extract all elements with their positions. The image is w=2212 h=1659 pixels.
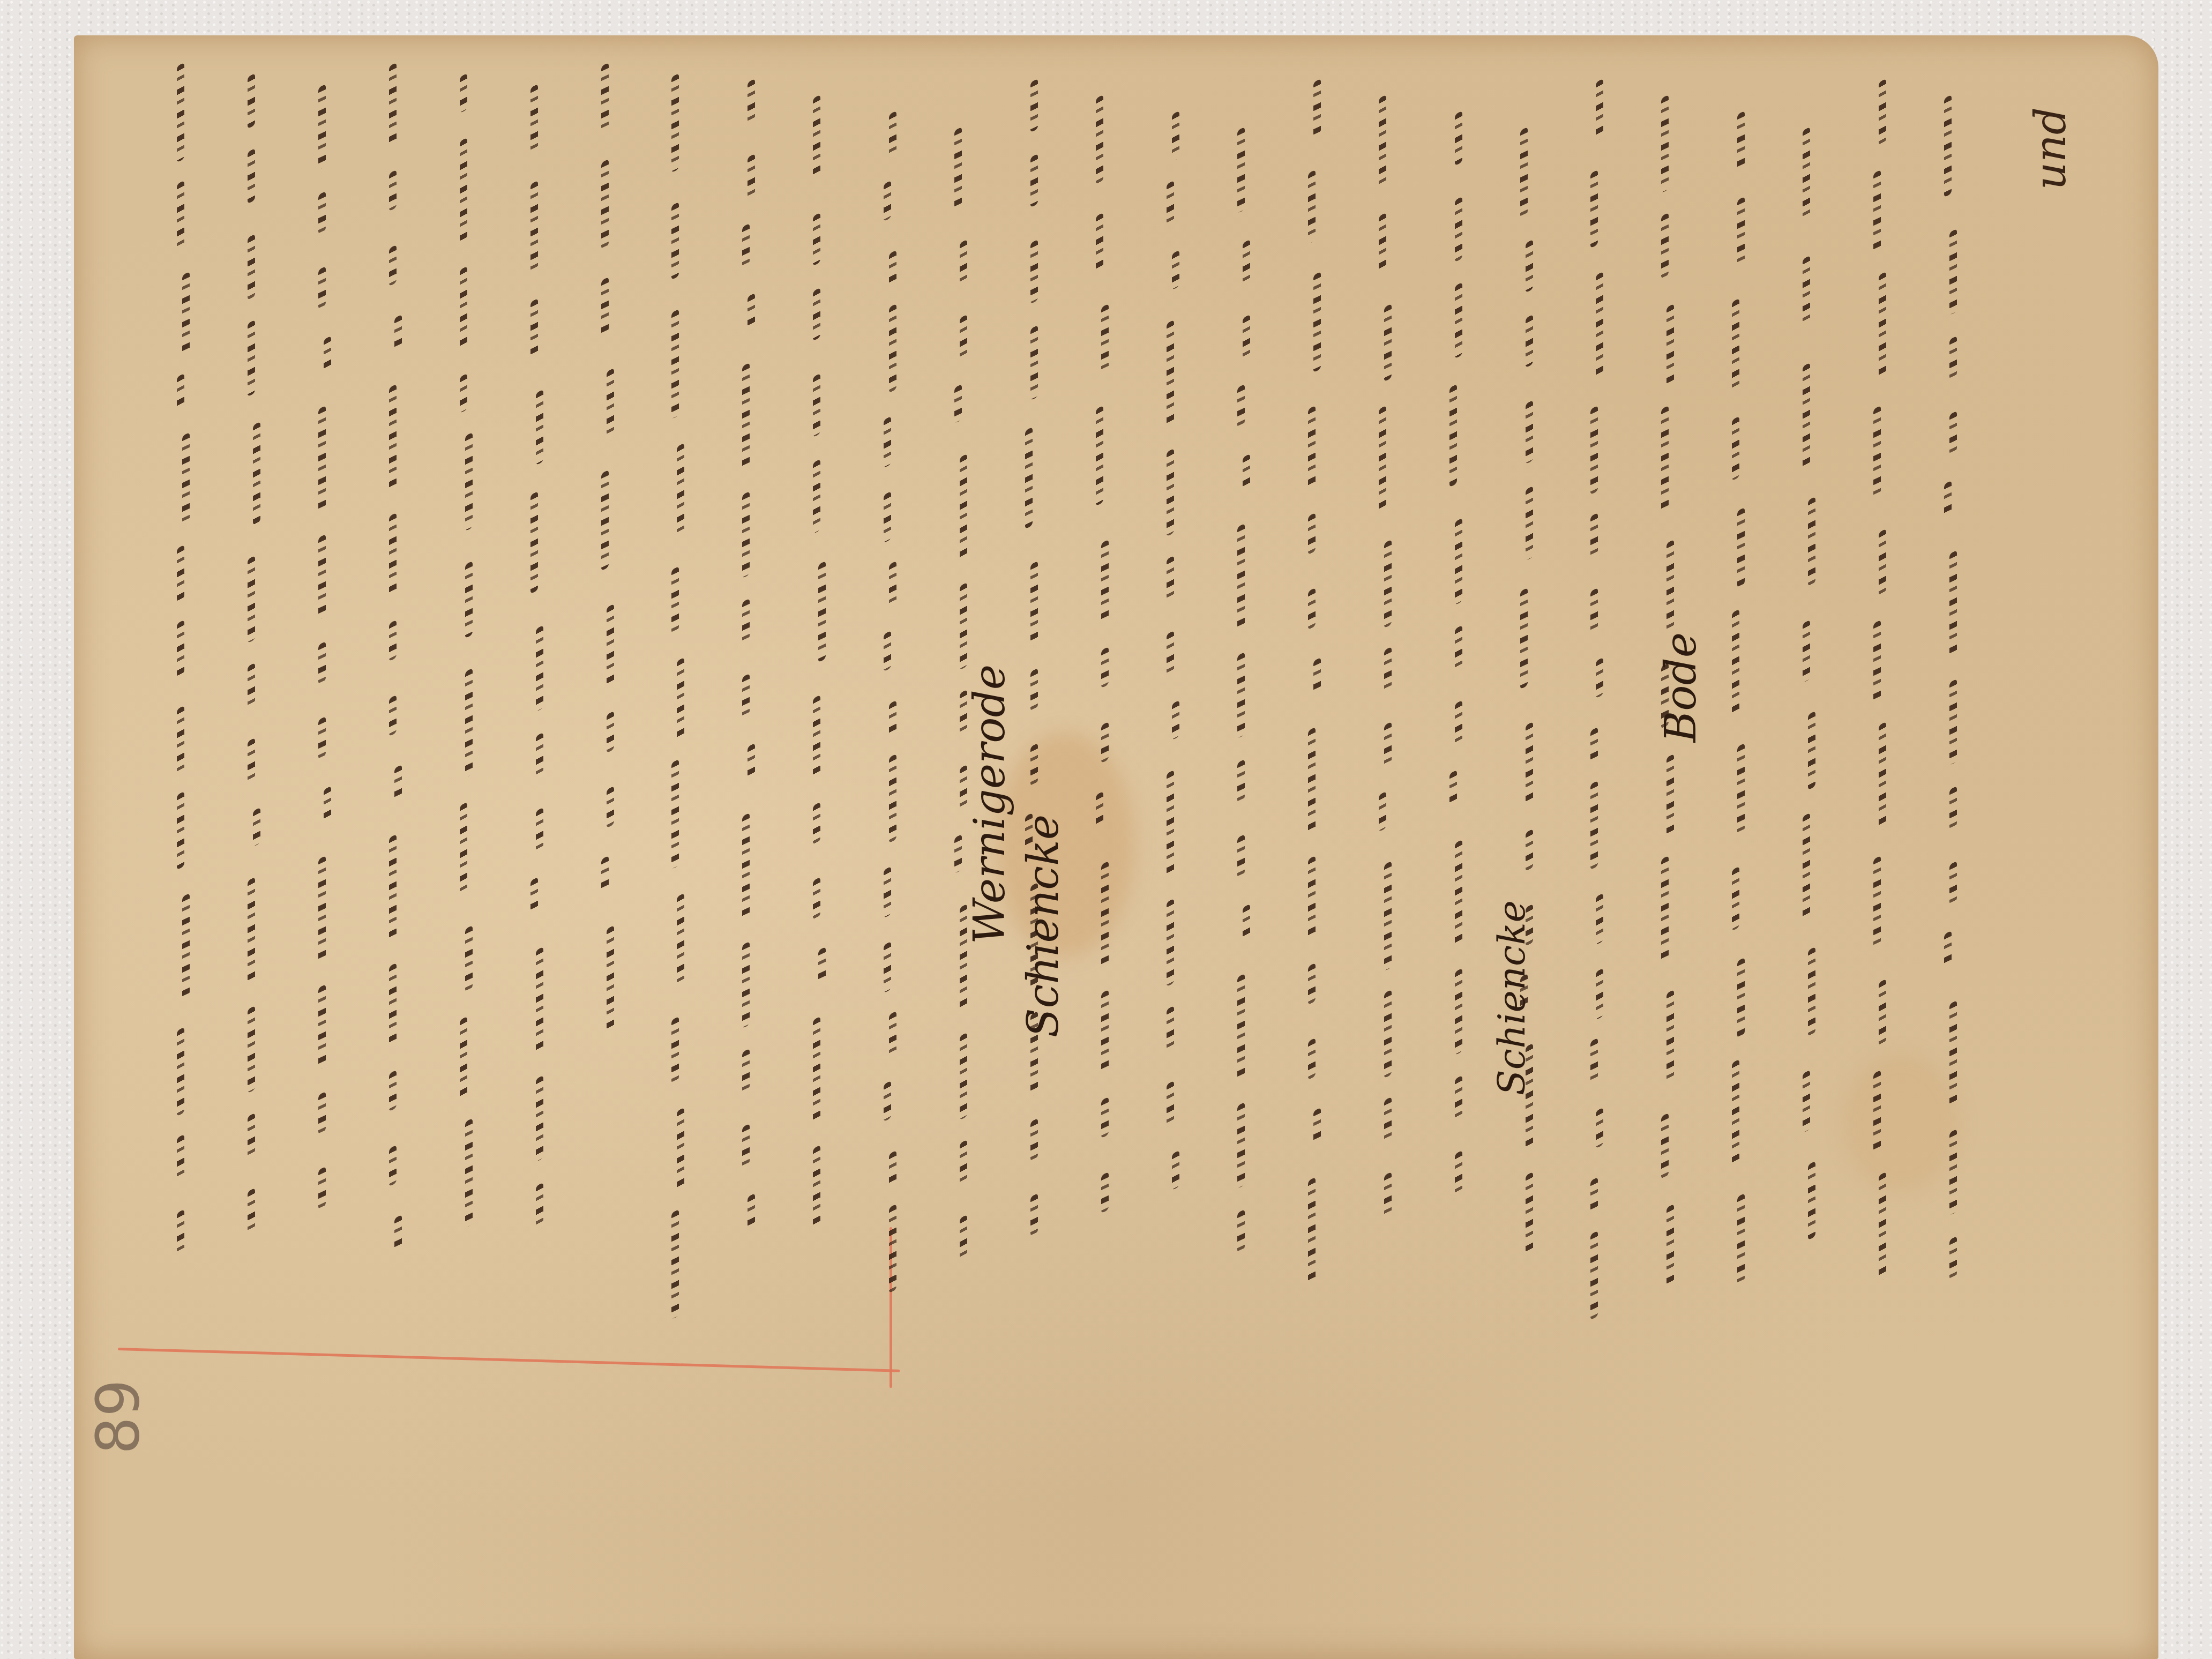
handwriting-stroke bbox=[1384, 646, 1392, 692]
handwriting-stroke bbox=[1879, 78, 1886, 145]
handwriting-stroke bbox=[1455, 110, 1462, 166]
handwriting-stroke bbox=[177, 544, 184, 602]
handwriting-stroke bbox=[1455, 1075, 1462, 1119]
handwriting-stroke bbox=[536, 1075, 543, 1162]
handwriting-stroke bbox=[889, 1204, 896, 1293]
handwriting-stroke bbox=[248, 662, 255, 707]
handwriting-stroke bbox=[318, 84, 326, 170]
handwriting-stroke bbox=[1590, 1230, 1598, 1320]
handwriting-stroke bbox=[1101, 861, 1109, 967]
handwriting-stroke bbox=[1237, 126, 1245, 213]
handwriting-stroke bbox=[536, 807, 543, 851]
handwriting-stroke bbox=[1590, 512, 1598, 559]
handwriting-stroke bbox=[1590, 405, 1598, 495]
handwriting-stroke bbox=[1949, 410, 1957, 454]
handwriting-stroke bbox=[1167, 769, 1174, 879]
handwriting-stroke bbox=[1732, 298, 1739, 395]
handwriting-stroke bbox=[1526, 400, 1533, 464]
handwriting-stroke bbox=[1873, 405, 1881, 499]
handwriting-stroke bbox=[394, 1214, 402, 1251]
handwriting-stroke bbox=[1526, 314, 1533, 368]
handwriting-stroke bbox=[1667, 303, 1674, 386]
handwriting-stroke bbox=[884, 1080, 891, 1122]
handwriting-stroke bbox=[742, 598, 750, 642]
handwriting-stroke bbox=[1737, 110, 1745, 170]
handwriting-stroke bbox=[818, 561, 826, 662]
handwriting-stroke bbox=[1803, 812, 1810, 918]
handwriting-stroke bbox=[389, 1145, 397, 1186]
handwriting-stroke bbox=[1030, 325, 1038, 400]
handwriting-stroke bbox=[318, 191, 326, 234]
handwriting-stroke bbox=[1030, 239, 1038, 304]
handwriting-stroke bbox=[1379, 212, 1386, 274]
handwriting-stroke bbox=[389, 962, 397, 1047]
handwriting-stroke bbox=[1873, 169, 1881, 252]
handwriting-stroke bbox=[1596, 968, 1603, 1020]
handwriting-stroke bbox=[1025, 427, 1033, 529]
handwriting-stroke bbox=[248, 319, 255, 397]
handwriting-stroke bbox=[1590, 587, 1598, 634]
handwriting-stroke bbox=[1879, 978, 1886, 1045]
handwriting-stroke bbox=[813, 287, 820, 341]
handwriting-stroke bbox=[177, 1209, 184, 1256]
handwriting-stroke bbox=[1101, 989, 1109, 1074]
handwriting-stroke bbox=[1526, 828, 1533, 871]
handwriting-stroke bbox=[1379, 791, 1386, 832]
handwriting-stroke bbox=[1803, 362, 1810, 468]
handwriting-stroke bbox=[1379, 405, 1386, 510]
handwriting-stroke bbox=[1030, 743, 1038, 786]
handwriting-stroke bbox=[1172, 110, 1179, 161]
handwriting-stroke bbox=[460, 73, 467, 113]
handwriting-stroke bbox=[960, 239, 967, 284]
handwriting-stroke bbox=[1949, 678, 1957, 765]
handwriting-stroke bbox=[530, 491, 538, 594]
handwriting-stroke bbox=[1737, 1193, 1745, 1284]
handwriting-stroke bbox=[177, 62, 184, 162]
handwriting-stroke bbox=[742, 1048, 750, 1093]
water-stain bbox=[1842, 1053, 1960, 1193]
handwriting-stroke bbox=[248, 737, 255, 782]
handwriting-stroke bbox=[1308, 962, 1316, 1005]
handwriting-stroke bbox=[1449, 384, 1457, 487]
handwriting-stroke bbox=[248, 555, 255, 643]
handwriting-stroke bbox=[671, 759, 679, 869]
handwriting-stroke bbox=[1237, 652, 1245, 738]
handwriting-stroke bbox=[1949, 335, 1957, 379]
handwriting-stroke bbox=[1308, 855, 1316, 940]
handwriting-stroke bbox=[177, 1134, 184, 1180]
handwriting-stroke bbox=[1803, 1070, 1810, 1133]
handwriting-stroke bbox=[742, 223, 750, 267]
handwriting-stroke bbox=[389, 512, 397, 597]
handwriting-stroke bbox=[253, 421, 260, 525]
handwriting-stroke bbox=[177, 705, 184, 773]
handwriting-stroke bbox=[607, 925, 614, 1032]
handwriting-stroke bbox=[1879, 271, 1886, 381]
handwriting-stroke bbox=[1944, 930, 1952, 969]
manuscript-page bbox=[74, 35, 2158, 1659]
handwriting-stroke bbox=[1384, 539, 1392, 628]
handwriting-stroke bbox=[1313, 78, 1321, 137]
handwriting-stroke bbox=[677, 893, 684, 987]
handwriting-stroke bbox=[1661, 94, 1669, 193]
handwriting-stroke bbox=[1803, 255, 1810, 329]
catchword: und bbox=[2026, 107, 2075, 190]
handwriting-stroke bbox=[536, 946, 543, 1055]
handwriting-stroke bbox=[1455, 700, 1462, 744]
handwriting-stroke bbox=[1455, 1150, 1462, 1194]
handwriting-stroke bbox=[1384, 1096, 1392, 1142]
handwriting-stroke bbox=[1237, 759, 1245, 803]
handwriting-stroke bbox=[1879, 721, 1886, 831]
handwriting-stroke bbox=[530, 298, 538, 358]
handwriting-stroke bbox=[1030, 561, 1038, 647]
handwriting-stroke bbox=[1167, 180, 1174, 226]
handwriting-stroke bbox=[1732, 416, 1739, 481]
handwriting-stroke bbox=[1167, 630, 1174, 676]
handwriting-stroke bbox=[318, 1166, 326, 1209]
handwriting-stroke bbox=[177, 619, 184, 677]
handwriting-stroke bbox=[677, 657, 684, 741]
handwriting-stroke bbox=[248, 148, 255, 204]
handwriting-stroke bbox=[677, 1107, 684, 1191]
handwriting-stroke bbox=[1101, 539, 1109, 624]
handwriting-stroke bbox=[1308, 727, 1316, 833]
handwriting-stroke bbox=[748, 293, 755, 332]
handwriting-stroke bbox=[884, 491, 891, 543]
handwriting-stroke bbox=[1590, 169, 1598, 248]
handwriting-stroke bbox=[1096, 212, 1103, 270]
handwriting-stroke bbox=[1237, 1209, 1245, 1253]
handwriting-stroke bbox=[1803, 126, 1810, 222]
handwriting-stroke bbox=[960, 1139, 967, 1184]
handwriting-stroke bbox=[1732, 609, 1739, 716]
handwriting-stroke bbox=[813, 802, 820, 845]
handwriting-stroke bbox=[1949, 1000, 1957, 1108]
handwriting-stroke bbox=[1803, 619, 1810, 683]
handwriting-stroke bbox=[960, 582, 967, 670]
handwriting-stroke bbox=[1873, 1070, 1881, 1153]
handwriting-stroke bbox=[177, 1027, 184, 1116]
handwriting-stroke bbox=[389, 384, 397, 490]
handwriting-stroke bbox=[889, 303, 896, 393]
handwriting-stroke bbox=[1237, 1102, 1245, 1189]
handwriting-stroke bbox=[248, 1005, 255, 1093]
handwriting-stroke bbox=[1737, 743, 1745, 834]
handwriting-stroke bbox=[1808, 946, 1815, 1036]
handwriting-stroke bbox=[1667, 1204, 1674, 1286]
handwriting-stroke bbox=[1667, 539, 1674, 632]
handwriting-stroke bbox=[748, 78, 755, 128]
handwriting-stroke bbox=[248, 877, 255, 986]
handwriting-stroke bbox=[889, 1011, 896, 1057]
handwriting-stroke bbox=[465, 432, 473, 531]
handwriting-stroke bbox=[1384, 989, 1392, 1078]
handwriting-stroke bbox=[318, 716, 326, 759]
handwriting-stroke bbox=[1455, 625, 1462, 669]
handwriting-stroke bbox=[884, 416, 891, 468]
handwriting-stroke bbox=[1526, 239, 1533, 293]
handwriting-stroke bbox=[318, 534, 326, 620]
handwriting-stroke bbox=[536, 1182, 543, 1226]
handwriting-stroke bbox=[465, 1118, 473, 1228]
handwriting-stroke bbox=[607, 603, 614, 689]
handwriting-stroke bbox=[1167, 898, 1174, 987]
handwriting-stroke bbox=[889, 700, 896, 736]
handwriting-stroke bbox=[1384, 303, 1392, 382]
latin-word-bode: Bode bbox=[1656, 632, 1706, 743]
handwriting-stroke bbox=[1661, 855, 1669, 965]
handwriting-stroke bbox=[960, 314, 967, 359]
handwriting-stroke bbox=[536, 732, 543, 776]
handwriting-stroke bbox=[248, 73, 255, 129]
handwriting-stroke bbox=[1949, 1129, 1957, 1215]
handwriting-stroke bbox=[1949, 1236, 1957, 1280]
handwriting-stroke bbox=[813, 1016, 820, 1123]
handwriting-stroke bbox=[1308, 512, 1316, 555]
handwriting-stroke bbox=[601, 62, 609, 131]
handwriting-stroke bbox=[1308, 587, 1316, 630]
handwriting-stroke bbox=[671, 1016, 679, 1083]
handwriting-stroke bbox=[248, 234, 255, 300]
handwriting-stroke bbox=[1172, 1150, 1179, 1190]
handwriting-stroke bbox=[530, 877, 538, 915]
handwriting-stroke bbox=[1873, 619, 1881, 703]
handwriting-stroke bbox=[607, 368, 614, 442]
handwriting-stroke bbox=[1030, 1118, 1038, 1161]
handwriting-stroke bbox=[389, 834, 397, 940]
handwriting-stroke bbox=[1455, 282, 1462, 358]
handwriting-stroke bbox=[1237, 973, 1245, 1081]
handwriting-stroke bbox=[1449, 769, 1457, 809]
handwriting-stroke bbox=[1243, 314, 1250, 363]
handwriting-stroke bbox=[671, 201, 679, 280]
handwriting-stroke bbox=[394, 314, 402, 350]
handwriting-stroke bbox=[889, 110, 896, 157]
handwriting-stroke bbox=[1384, 861, 1392, 971]
handwriting-stroke bbox=[1167, 448, 1174, 536]
handwriting-stroke bbox=[1096, 791, 1103, 827]
handwriting-stroke bbox=[818, 946, 826, 984]
handwriting-stroke bbox=[1949, 861, 1957, 905]
page-number: 89 bbox=[84, 1379, 152, 1454]
handwriting-stroke bbox=[813, 373, 820, 437]
handwriting-stroke bbox=[1167, 1005, 1174, 1051]
handwriting-stroke bbox=[889, 561, 896, 607]
handwriting-stroke bbox=[954, 834, 962, 873]
handwriting-stroke bbox=[530, 180, 538, 272]
handwriting-stroke bbox=[389, 169, 397, 211]
handwriting-stroke bbox=[1308, 405, 1316, 490]
handwriting-stroke bbox=[1737, 196, 1745, 266]
handwriting-stroke bbox=[884, 630, 891, 671]
handwriting-stroke bbox=[389, 62, 397, 147]
handwriting-stroke bbox=[1030, 78, 1038, 132]
handwriting-stroke bbox=[601, 159, 609, 249]
handwriting-stroke bbox=[601, 469, 609, 571]
handwriting-stroke bbox=[1237, 834, 1245, 878]
handwriting-stroke bbox=[536, 625, 543, 712]
handwriting-stroke bbox=[742, 941, 750, 1028]
handwriting-stroke bbox=[1101, 721, 1109, 763]
handwriting-stroke bbox=[1030, 668, 1038, 711]
handwriting-stroke bbox=[389, 244, 397, 286]
handwriting-stroke bbox=[1596, 657, 1603, 698]
handwriting-stroke bbox=[1313, 657, 1321, 694]
handwriting-stroke bbox=[889, 753, 896, 843]
handwriting-stroke bbox=[1030, 1193, 1038, 1236]
handwriting-stroke bbox=[1101, 303, 1109, 377]
handwriting-stroke bbox=[813, 459, 820, 534]
handwriting-stroke bbox=[742, 362, 750, 471]
handwriting-stroke bbox=[1096, 405, 1103, 506]
handwriting-stroke bbox=[1172, 250, 1179, 290]
handwriting-stroke bbox=[253, 807, 260, 847]
handwriting-stroke bbox=[889, 1150, 896, 1186]
handwriting-stroke bbox=[460, 137, 467, 242]
handwriting-stroke bbox=[1737, 957, 1745, 1038]
handwriting-stroke bbox=[1590, 1037, 1598, 1084]
handwriting-stroke bbox=[960, 453, 967, 563]
handwriting-stroke bbox=[677, 443, 684, 537]
handwriting-stroke bbox=[460, 266, 467, 349]
handwriting-stroke bbox=[748, 1193, 755, 1232]
handwriting-stroke bbox=[1101, 646, 1109, 688]
handwriting-stroke bbox=[1667, 989, 1674, 1082]
handwriting-stroke bbox=[1661, 405, 1669, 514]
handwriting-stroke bbox=[1308, 1177, 1316, 1283]
handwriting-stroke bbox=[460, 373, 467, 413]
handwriting-stroke bbox=[1172, 700, 1179, 740]
handwriting-stroke bbox=[1379, 94, 1386, 189]
handwriting-stroke bbox=[1101, 1171, 1109, 1213]
handwriting-stroke bbox=[1308, 169, 1316, 244]
handwriting-stroke bbox=[1237, 523, 1245, 631]
handwriting-stroke bbox=[607, 786, 614, 828]
handwriting-stroke bbox=[465, 668, 473, 778]
handwriting-stroke bbox=[607, 711, 614, 753]
handwriting-stroke bbox=[884, 180, 891, 221]
handwriting-stroke bbox=[742, 812, 750, 921]
handwriting-stroke bbox=[177, 791, 184, 870]
handwriting-stroke bbox=[318, 641, 326, 684]
handwriting-stroke bbox=[318, 405, 326, 513]
handwriting-stroke bbox=[248, 1112, 255, 1157]
handwriting-stroke bbox=[813, 212, 820, 266]
handwriting-stroke bbox=[671, 566, 679, 633]
handwriting-stroke bbox=[1167, 1080, 1174, 1126]
handwriting-stroke bbox=[1030, 153, 1038, 207]
handwriting-stroke bbox=[1455, 518, 1462, 605]
handwriting-stroke bbox=[1096, 94, 1103, 184]
handwriting-stroke bbox=[1808, 711, 1815, 790]
handwriting-stroke bbox=[460, 802, 467, 895]
handwriting-stroke bbox=[1243, 903, 1250, 942]
handwriting-stroke bbox=[748, 153, 755, 203]
handwriting-stroke bbox=[671, 309, 679, 419]
handwriting-stroke bbox=[1667, 753, 1674, 836]
handwriting-stroke bbox=[465, 561, 473, 638]
handwriting-stroke bbox=[1167, 319, 1174, 429]
handwriting-stroke bbox=[1661, 1112, 1669, 1179]
handwriting-stroke bbox=[318, 266, 326, 309]
handwriting-stroke bbox=[1167, 555, 1174, 601]
handwriting-stroke bbox=[1944, 94, 1952, 197]
latin-word-wernigerode: Wernigerode bbox=[965, 664, 1014, 944]
handwriting-stroke bbox=[889, 250, 896, 286]
handwriting-stroke bbox=[954, 126, 962, 209]
handwriting-stroke bbox=[1313, 1107, 1321, 1144]
handwriting-stroke bbox=[671, 1209, 679, 1319]
handwriting-stroke bbox=[748, 743, 755, 782]
handwriting-stroke bbox=[671, 73, 679, 173]
handwriting-stroke bbox=[1590, 1177, 1598, 1213]
handwriting-stroke bbox=[1879, 1171, 1886, 1281]
handwriting-stroke bbox=[813, 877, 820, 920]
handwriting-stroke bbox=[1243, 453, 1250, 492]
handwriting-stroke bbox=[318, 984, 326, 1070]
handwriting-stroke bbox=[1873, 855, 1881, 949]
handwriting-stroke bbox=[324, 335, 331, 373]
handwriting-stroke bbox=[601, 855, 609, 892]
handwriting-stroke bbox=[601, 276, 609, 335]
handwriting-stroke bbox=[177, 180, 184, 248]
handwriting-stroke bbox=[1737, 507, 1745, 588]
handwriting-stroke bbox=[884, 866, 891, 918]
handwriting-stroke bbox=[813, 1145, 820, 1230]
handwriting-stroke bbox=[1949, 786, 1957, 829]
handwriting-stroke bbox=[389, 1070, 397, 1111]
handwriting-stroke bbox=[742, 673, 750, 718]
handwriting-stroke bbox=[389, 694, 397, 736]
handwriting-stroke bbox=[1949, 550, 1957, 658]
handwriting-stroke bbox=[813, 94, 820, 180]
handwriting-stroke bbox=[1384, 721, 1392, 767]
handwriting-stroke bbox=[1101, 1096, 1109, 1138]
handwriting-stroke bbox=[1596, 893, 1603, 945]
handwriting-stroke bbox=[248, 1187, 255, 1232]
handwriting-stroke bbox=[1313, 271, 1321, 372]
handwriting-stroke bbox=[318, 1091, 326, 1134]
handwriting-stroke bbox=[1526, 1171, 1533, 1257]
handwriting-stroke bbox=[1596, 78, 1603, 141]
handwriting-stroke bbox=[960, 1214, 967, 1259]
handwriting-stroke bbox=[1661, 212, 1669, 279]
handwriting-stroke bbox=[742, 1123, 750, 1168]
handwriting-stroke bbox=[1520, 587, 1528, 689]
handwriting-stroke bbox=[1732, 1059, 1739, 1167]
latin-word-schiencke: Schiencke bbox=[1018, 814, 1068, 1037]
handwriting-stroke bbox=[1944, 480, 1952, 519]
handwriting-stroke bbox=[1949, 228, 1957, 315]
handwriting-stroke bbox=[884, 941, 891, 993]
handwriting-stroke bbox=[1879, 528, 1886, 595]
handwriting-stroke bbox=[465, 925, 473, 992]
handwriting-stroke bbox=[1808, 496, 1815, 586]
handwriting-stroke bbox=[182, 271, 190, 355]
handwriting-stroke bbox=[394, 764, 402, 801]
handwriting-stroke bbox=[1732, 866, 1739, 931]
handwriting-stroke bbox=[954, 384, 962, 423]
handwriting-stroke bbox=[1590, 780, 1598, 870]
handwriting-stroke bbox=[177, 373, 184, 409]
handwriting-stroke bbox=[1590, 727, 1598, 763]
handwriting-stroke bbox=[1526, 721, 1533, 807]
handwriting-stroke bbox=[1520, 126, 1528, 218]
handwriting-stroke bbox=[324, 786, 331, 824]
handwriting-stroke bbox=[1596, 271, 1603, 377]
